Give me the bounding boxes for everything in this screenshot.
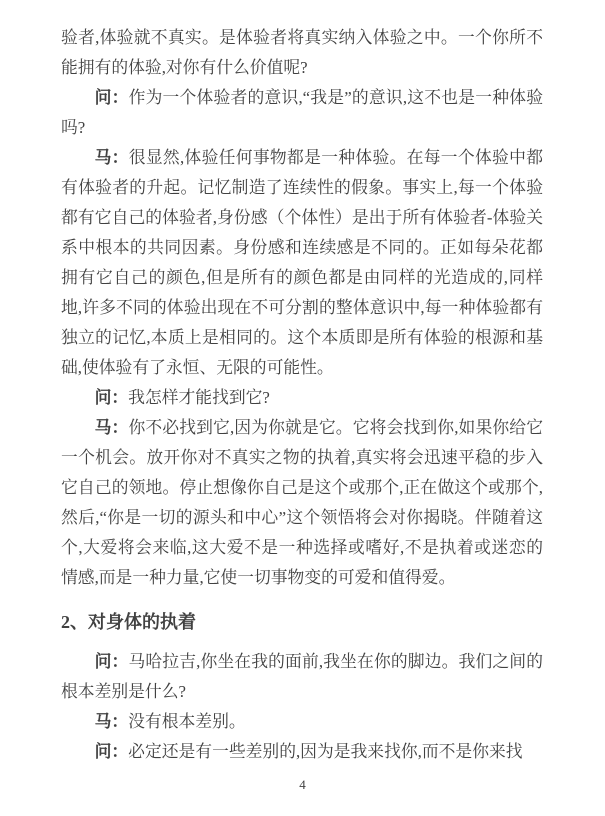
paragraph-text: 马哈拉吉,你坐在我的面前,我坐在你的脚边。我们之间的根本差别是什么? [61,652,543,701]
paragraph-text: 你不必找到它,因为你就是它。它将会找到你,如果你给它一个机会。放开你对不真实之物… [61,418,543,587]
dialog-paragraph: 马：没有根本差别。 [61,707,543,737]
speaker-label: 问： [95,388,129,407]
dialog-paragraph: 问：必定还是有一些差别的,因为是我来找你,而不是你来找 [61,737,543,767]
page-number: 4 [0,777,605,793]
paragraph-text: 没有根本差别。 [128,712,245,731]
speaker-label: 问： [95,742,129,761]
paragraph-text: 必定还是有一些差别的,因为是我来找你,而不是你来找 [128,742,522,761]
speaker-label: 问： [95,88,129,107]
dialog-paragraph: 马：很显然,体验任何事物都是一种体验。在每一个体验中都有体验者的升起。记忆制造了… [61,143,543,383]
speaker-label: 马： [95,418,129,437]
dialog-paragraph: 问：作为一个体验者的意识,“我是”的意识,这不也是一种体验吗? [61,83,543,143]
paragraph-text: 我怎样才能找到它? [128,388,270,407]
paragraph-text: 验者,体验就不真实。是体验者将真实纳入体验之中。一个你所不能拥有的体验,对你有什… [61,28,543,77]
page: 验者,体验就不真实。是体验者将真实纳入体验之中。一个你所不能拥有的体验,对你有什… [0,0,605,816]
body-paragraph: 验者,体验就不真实。是体验者将真实纳入体验之中。一个你所不能拥有的体验,对你有什… [61,23,543,83]
speaker-label: 问： [95,652,129,671]
dialog-paragraph: 问：马哈拉吉,你坐在我的面前,我坐在你的脚边。我们之间的根本差别是什么? [61,647,543,707]
section-heading: 2、对身体的执着 [61,609,543,635]
speaker-label: 马： [95,148,129,167]
speaker-label: 马： [95,712,129,731]
page-content: 验者,体验就不真实。是体验者将真实纳入体验之中。一个你所不能拥有的体验,对你有什… [61,23,543,767]
paragraph-text: 作为一个体验者的意识,“我是”的意识,这不也是一种体验吗? [61,88,543,137]
dialog-paragraph: 问：我怎样才能找到它? [61,383,543,413]
paragraph-text: 很显然,体验任何事物都是一种体验。在每一个体验中都有体验者的升起。记忆制造了连续… [61,148,543,377]
dialog-paragraph: 马：你不必找到它,因为你就是它。它将会找到你,如果你给它一个机会。放开你对不真实… [61,413,543,593]
